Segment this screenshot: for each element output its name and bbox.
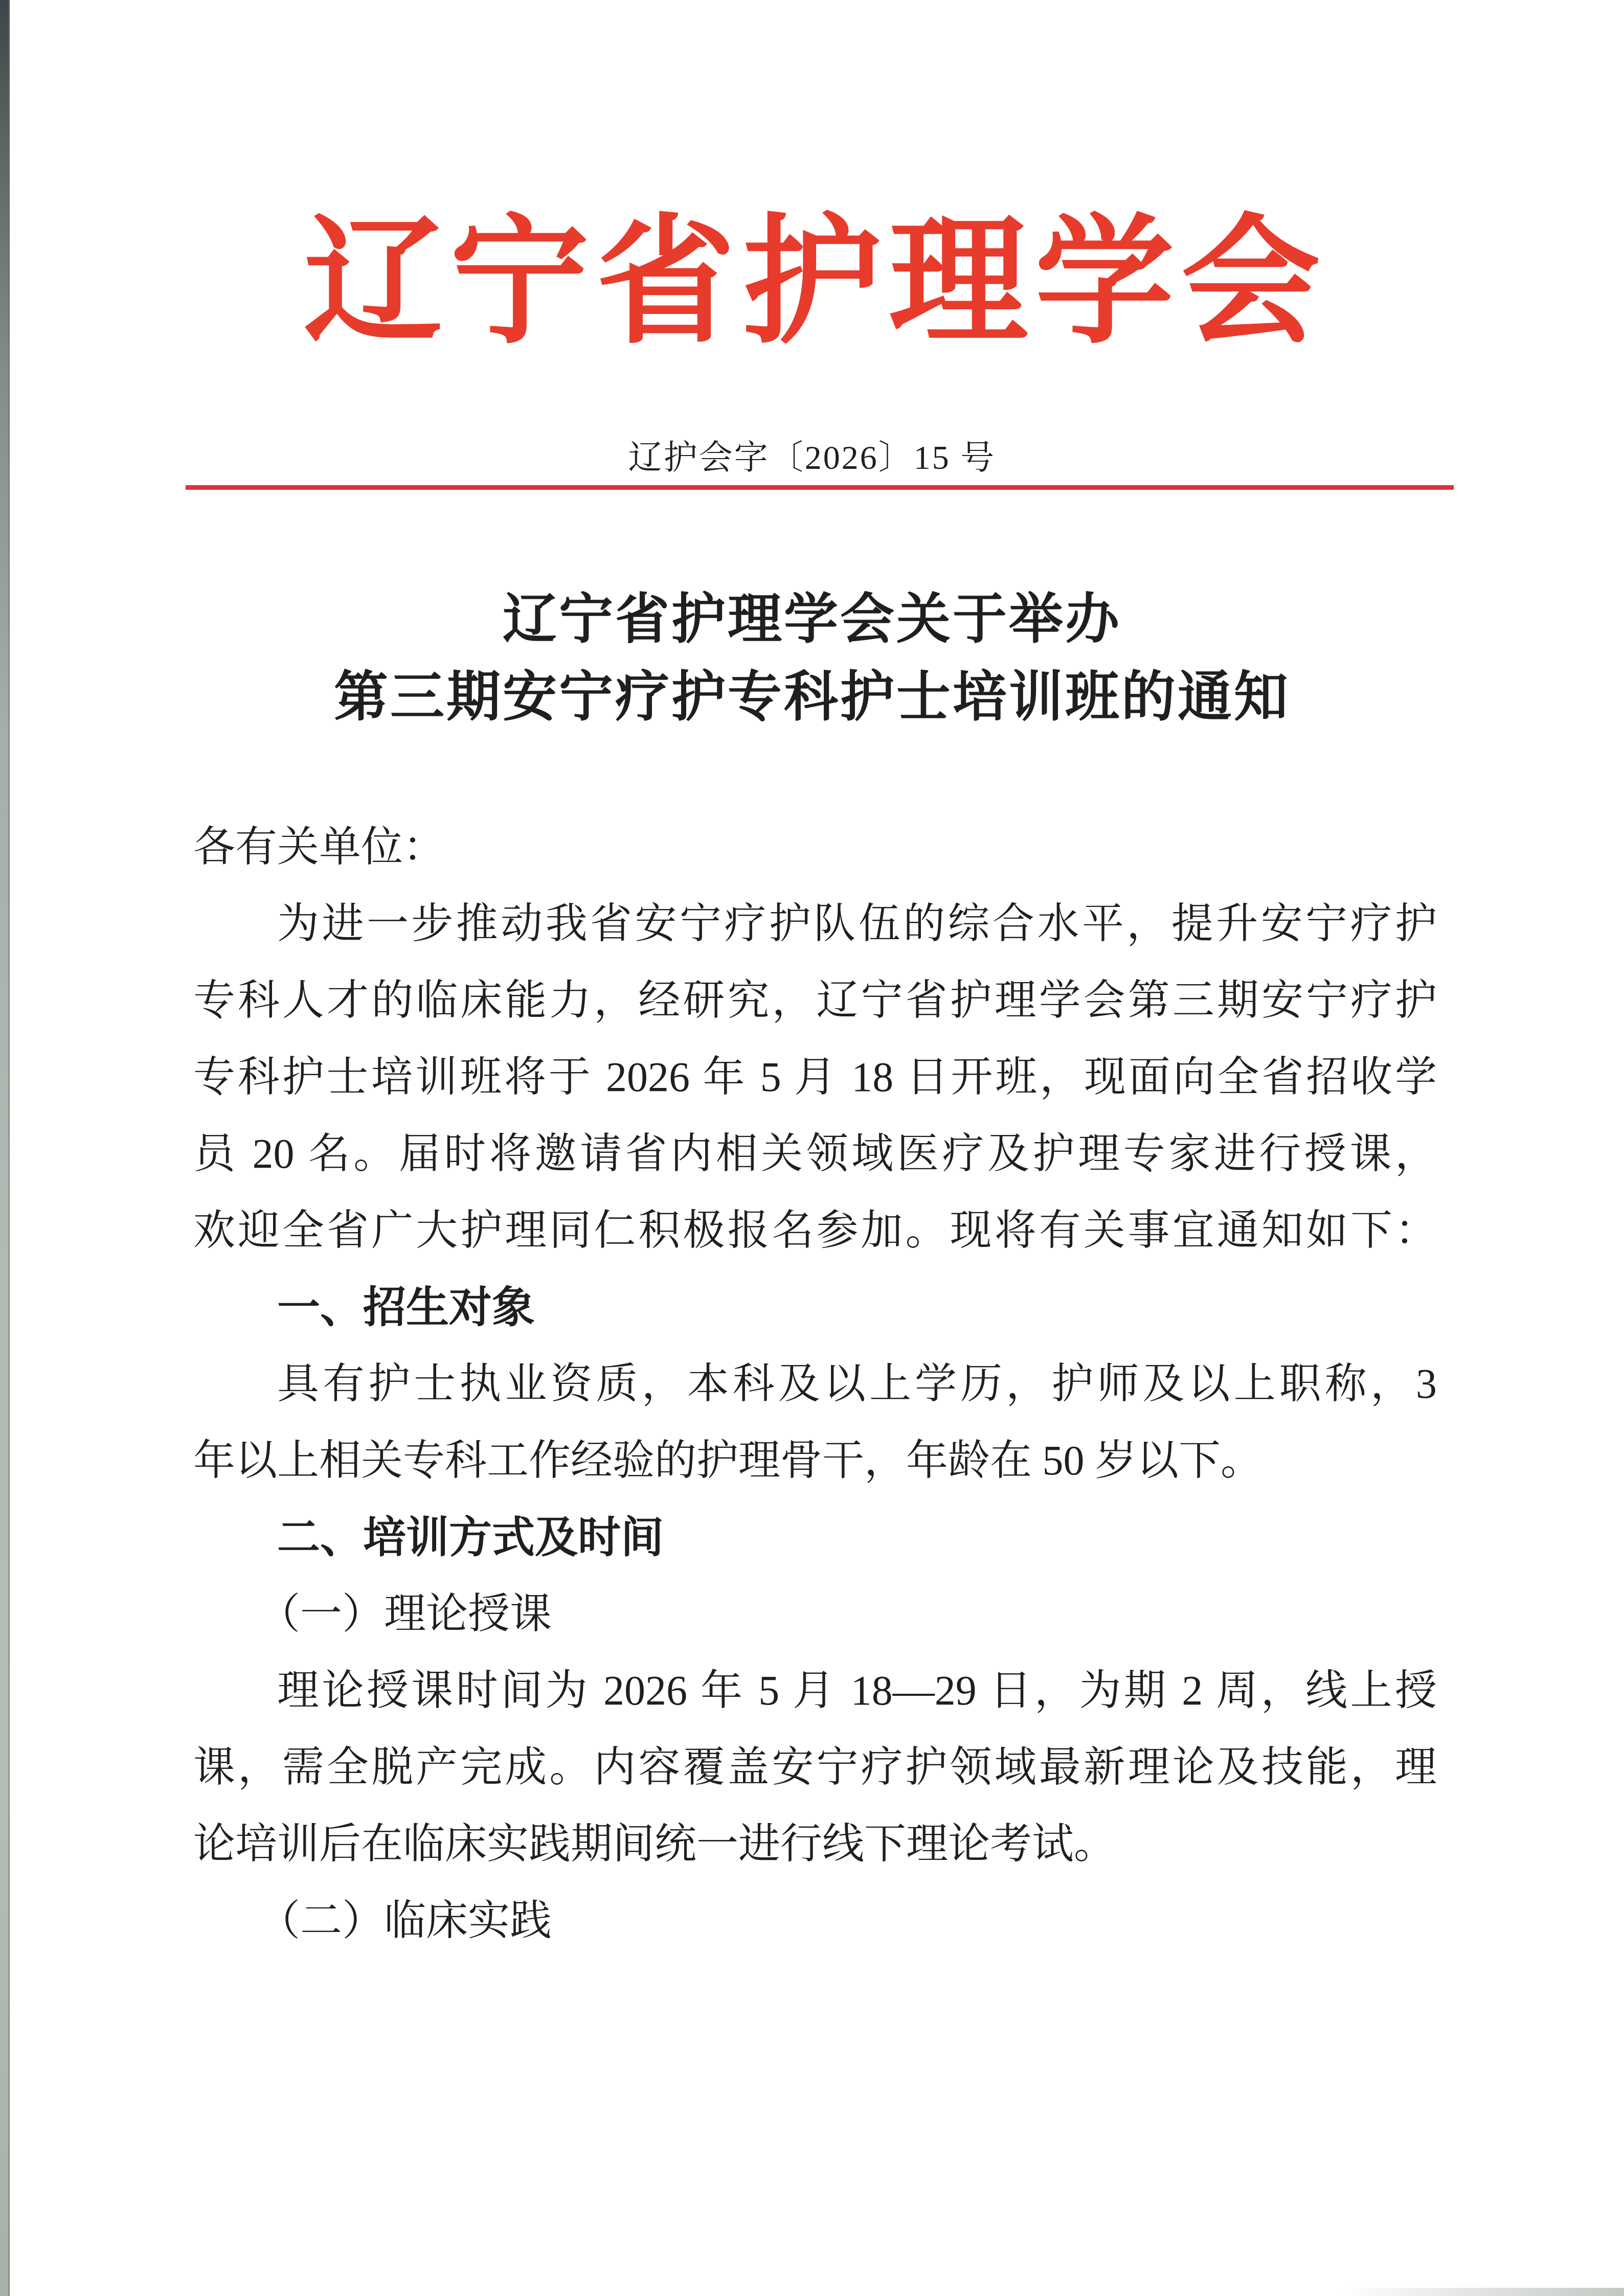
notice-title-line-2: 第三期安宁疗护专科护士培训班的通知 (0, 658, 1624, 736)
paragraph-line: 为进一步推动我省安宁疗护队伍的综合水平，提升安宁疗护 (193, 885, 1437, 962)
notice-body: 各有关单位： 为进一步推动我省安宁疗护队伍的综合水平，提升安宁疗护 专科人才的临… (193, 809, 1437, 1959)
section-heading-1: 一、招生对象 (193, 1269, 1437, 1346)
notice-title-line-1: 辽宁省护理学会关于举办 (0, 581, 1624, 658)
paragraph-line: 论培训后在临床实践期间统一进行线下理论考试。 (193, 1806, 1437, 1882)
sub-section-heading-2: （二）临床实践 (193, 1882, 1437, 1959)
doc-number: 辽护会字〔2026〕15 号 (0, 437, 1624, 480)
notice-title: 辽宁省护理学会关于举办 第三期安宁疗护专科护士培训班的通知 (0, 581, 1624, 736)
paragraph-line: 专科护士培训班将于 2026 年 5 月 18 日开班，现面向全省招收学 (193, 1039, 1437, 1116)
paragraph-line: 具有护士执业资质，本科及以上学历，护师及以上职称，3 (193, 1346, 1437, 1422)
paragraph-line: 欢迎全省广大护理同仁积极报名参加。现将有关事宜通知如下： (193, 1192, 1437, 1269)
paragraph-line: 年以上相关专科工作经验的护理骨干，年龄在 50 岁以下。 (193, 1422, 1437, 1499)
paragraph-line: 课，需全脱产完成。内容覆盖安宁疗护领域最新理论及技能，理 (193, 1729, 1437, 1806)
salutation: 各有关单位： (193, 809, 1437, 885)
paragraph-line: 员 20 名。届时将邀请省内相关领域医疗及护理专家进行授课， (193, 1116, 1437, 1192)
scan-artifact-bottom-right (1338, 2288, 1624, 2296)
section-heading-2: 二、培训方式及时间 (193, 1499, 1437, 1576)
paragraph-line: 专科人才的临床能力，经研究，辽宁省护理学会第三期安宁疗护 (193, 962, 1437, 1039)
paragraph-line: 理论授课时间为 2026 年 5 月 18—29 日，为期 2 周，线上授 (193, 1652, 1437, 1729)
letterhead-divider-line (186, 485, 1454, 490)
document-page: 辽宁省护理学会 辽护会字〔2026〕15 号 辽宁省护理学会关于举办 第三期安宁… (0, 0, 1624, 2296)
letterhead-org-title: 辽宁省护理学会 (0, 207, 1624, 360)
sub-section-heading-1: （一）理论授课 (193, 1576, 1437, 1652)
